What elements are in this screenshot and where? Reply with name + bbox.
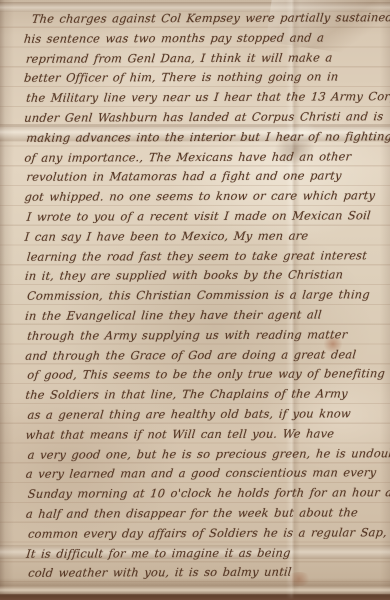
letter-line: reprimand from Genl Dana, I think it wil… xyxy=(25,48,386,69)
letter-line: the Soldiers in that line, The Chaplains… xyxy=(24,384,385,405)
letter-line: common every day affairs of Soldiers he … xyxy=(27,523,388,544)
letter-line: of any importance., The Mexicans have ha… xyxy=(23,147,384,168)
letter-line: in the Evangelical line they have their … xyxy=(24,305,385,326)
letter-line: his sentence was two months pay stopped … xyxy=(23,28,384,49)
letter-line: as a general thing are healthy old bats,… xyxy=(27,404,388,425)
handwritten-text-block: The charges against Col Kempsey were par… xyxy=(24,8,386,584)
letter-line: the Military line very near us I hear th… xyxy=(25,87,386,108)
letter-line: It is difficult for me to imagine it as … xyxy=(25,543,386,564)
letter-line: in it, they are supplied with books by t… xyxy=(24,266,385,287)
letter-line: and through the Grace of God are doing a… xyxy=(24,345,385,366)
letter-line: of good, This seems to be the only true … xyxy=(26,365,387,386)
letter-line: I can say I have been to Mexico, My men … xyxy=(24,226,385,247)
letter-line: a very good one, but he is so precious g… xyxy=(27,444,388,465)
letter-line: through the Army supplying us with readi… xyxy=(26,325,387,346)
letter-line: making advances into the interior but I … xyxy=(25,127,386,148)
letter-line: learning the road fast they seem to take… xyxy=(26,246,387,267)
letter-line: better Officer of him, There is nothing … xyxy=(23,68,384,89)
letter-line: under Genl Washburn has landed at Corpus… xyxy=(23,107,384,128)
letter-line: got whipped. no one seems to know or car… xyxy=(24,186,385,207)
letter-line: The charges against Col Kempsey were par… xyxy=(25,8,386,29)
letter-line: Commission, this Christian Commission is… xyxy=(26,285,387,306)
letter-line: Sunday morning at 10 o'clock he holds fo… xyxy=(27,483,388,504)
letter-page: The charges against Col Kempsey were par… xyxy=(0,0,390,600)
letter-line: what that means if not Will can tell you… xyxy=(25,424,386,445)
letter-line: revolution in Matamoras had a fight and … xyxy=(25,167,386,188)
letter-line: I wrote to you of a recent visit I made … xyxy=(26,206,387,227)
bottom-crumpled-edge xyxy=(0,578,390,600)
letter-line: a half and then disappear for the week b… xyxy=(25,503,386,524)
letter-line: a very learned man and a good conscienti… xyxy=(25,464,386,485)
